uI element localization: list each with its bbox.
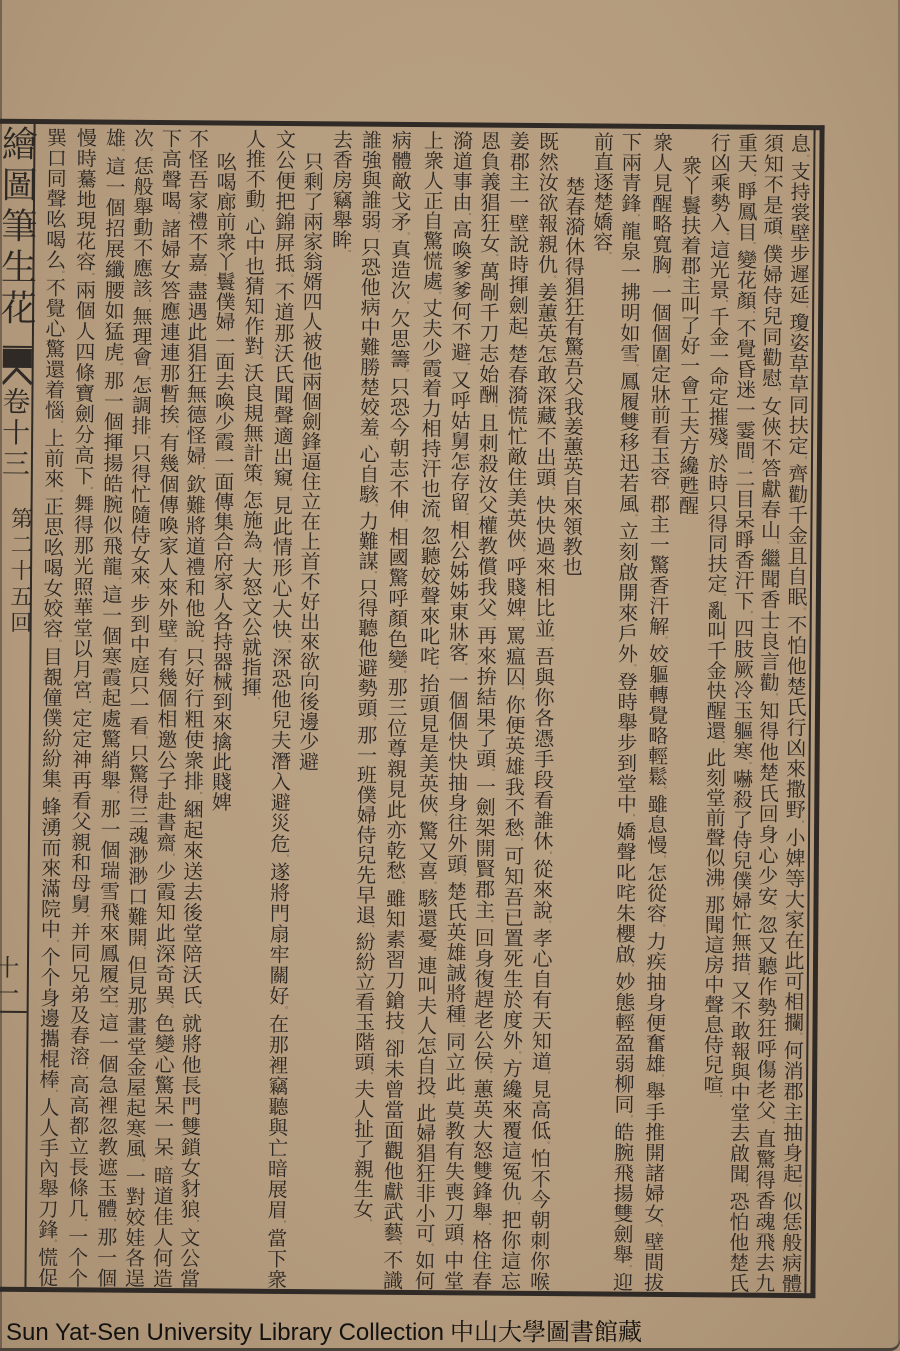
- punctuation-circle: 。: [771, 693, 779, 701]
- punctuation-circle: 。: [516, 838, 524, 846]
- punctuation-circle: 。: [56, 420, 64, 427]
- punctuation-circle: 。: [81, 1066, 89, 1074]
- punctuation-circle: 。: [367, 925, 375, 932]
- punctuation-circle: 。: [490, 405, 498, 413]
- punctuation-circle: 。: [663, 275, 671, 282]
- punctuation-circle: 。: [548, 487, 556, 495]
- punctuation-circle: 。: [626, 1114, 634, 1121]
- punctuation-circle: 。: [402, 300, 410, 307]
- punctuation-circle: 。: [145, 148, 153, 155]
- punctuation-circle: 。: [661, 636, 669, 643]
- punctuation-circle: 。: [114, 577, 122, 585]
- punctuation-circle: 。: [279, 1220, 287, 1228]
- punctuation-circle: 。: [429, 948, 437, 955]
- punctuation-circle: 。: [629, 664, 637, 671]
- punctuation-circle: 。: [365, 1219, 373, 1226]
- punctuation-circle: 。: [487, 769, 495, 777]
- punctuation-circle: 。: [57, 270, 65, 277]
- punctuation-circle: 。: [794, 1184, 802, 1192]
- punctuation-circle: 。: [398, 881, 406, 888]
- punctuation-circle: 。: [633, 213, 641, 220]
- punctuation-circle: 。: [399, 669, 407, 676]
- book-title: 繪圖筆生花: [0, 125, 37, 330]
- punctuation-circle: 。: [169, 639, 177, 647]
- punctuation-circle: 。: [282, 854, 290, 862]
- punctuation-circle: 。: [658, 924, 666, 931]
- punctuation-circle: 。: [139, 947, 147, 954]
- punctuation-circle: 。: [369, 718, 377, 725]
- punctuation-circle: 。: [773, 388, 781, 396]
- punctuation-circle: 。: [659, 855, 667, 862]
- punctuation-circle: 。: [456, 1243, 464, 1250]
- chapter-label: 第二十五回: [7, 507, 32, 637]
- punctuation-circle: 。: [370, 571, 378, 578]
- punctuation-circle: 。: [283, 640, 291, 648]
- punctuation-circle: 。: [53, 789, 61, 796]
- text-column-prose: 吆喝廊前衆丫鬟僕婦一面去喚少霞一面傳集合府家人各持器械到來擒此賤婢: [206, 151, 239, 811]
- punctuation-circle: 。: [137, 1159, 145, 1166]
- punctuation-circle: 。: [459, 874, 467, 881]
- punctuation-circle: 。: [194, 1005, 202, 1013]
- punctuation-circle: 。: [514, 1051, 522, 1059]
- punctuation-circle: 。: [543, 1071, 551, 1079]
- punctuation-circle: 。: [428, 1096, 436, 1103]
- punctuation-circle: 。: [371, 504, 379, 511]
- punctuation-circle: 。: [366, 1072, 374, 1079]
- punctuation-circle: 。: [746, 611, 754, 618]
- punctuation-circle: 。: [371, 437, 379, 444]
- punctuation-circle: 。: [543, 1141, 551, 1149]
- punctuation-circle: 。: [195, 791, 203, 799]
- punctuation-circle: 。: [54, 639, 62, 646]
- punctuation-circle: 。: [256, 356, 264, 363]
- punctuation-circle: 。: [544, 920, 552, 928]
- punctuation-circle: 。: [257, 209, 265, 216]
- punctuation-circle: 。: [513, 1202, 521, 1210]
- punctuation-circle: 。: [82, 914, 90, 922]
- punctuation-circle: 。: [464, 212, 472, 219]
- banxin-title-rule: [3, 346, 32, 348]
- text-column: 衆人見醒略寬胸。一個個圍定牀前看玉容。郡主一驚香汗解。姣軀轉覺略輕鬆。雖息慢。怎…: [638, 132, 675, 1292]
- punctuation-circle: 。: [768, 1121, 776, 1129]
- punctuation-circle: 。: [56, 489, 64, 496]
- punctuation-circle: 。: [402, 369, 410, 376]
- punctuation-circle: 。: [719, 593, 727, 600]
- punctuation-circle: 。: [109, 1219, 117, 1227]
- punctuation-circle: 。: [430, 881, 438, 888]
- punctuation-circle: 。: [625, 1264, 633, 1271]
- punctuation-circle: 。: [715, 1094, 723, 1101]
- punctuation-circle: 。: [741, 1184, 749, 1191]
- punctuation-circle: 。: [743, 972, 751, 979]
- punctuation-circle: 。: [167, 1005, 175, 1013]
- punctuation-circle: 。: [630, 514, 638, 521]
- punctuation-circle: 。: [51, 1089, 59, 1096]
- punctuation-circle: 。: [255, 483, 263, 490]
- woodblock-page-frame: 繪圖筆生花 卷十三 第二十五回 十一 息。支持裳壁步遲延。瓊姿草草同扶定。齊勸千…: [0, 0, 900, 1351]
- punctuation-circle: 。: [657, 1074, 665, 1081]
- fish-tail-chevron-icon: [3, 366, 32, 388]
- punctuation-circle: 。: [254, 550, 262, 557]
- text-column: 去香房竊舉眸。: [327, 129, 356, 256]
- punctuation-circle: 。: [86, 486, 94, 494]
- punctuation-circle: 。: [722, 232, 730, 239]
- text-column-prose: 衆丫鬟扶着郡主叫了好一會工夫方纔甦醒: [674, 155, 705, 515]
- punctuation-circle: 。: [605, 252, 613, 259]
- punctuation-circle: 。: [518, 618, 526, 626]
- caption-chinese: 中山大學圖書館藏: [450, 1318, 642, 1346]
- text-column-prose: 楚春漪休得猖狂有驚吾父我姜蕙英自來領教也: [557, 176, 588, 576]
- punctuation-circle: 。: [373, 230, 381, 237]
- punctuation-circle: 。: [802, 154, 810, 162]
- punctuation-circle: 。: [795, 1032, 803, 1040]
- page-number-rule: [0, 1011, 27, 1013]
- punctuation-circle: 。: [799, 607, 807, 615]
- punctuation-circle: 。: [434, 291, 442, 298]
- punctuation-circle: 。: [628, 814, 636, 821]
- punctuation-circle: 。: [797, 820, 805, 828]
- punctuation-circle: 。: [457, 1093, 465, 1100]
- text-column: 前直逐楚嬌容。: [588, 131, 617, 258]
- volume-label: 卷十三: [0, 387, 31, 480]
- punctuation-circle: 。: [285, 488, 293, 496]
- punctuation-circle: 。: [144, 367, 152, 374]
- punctuation-circle: 。: [632, 363, 640, 370]
- punctuation-circle: 。: [144, 298, 152, 305]
- punctuation-circle: 。: [168, 853, 176, 861]
- punctuation-circle: 。: [800, 456, 808, 464]
- punctuation-circle: 。: [400, 519, 408, 526]
- punctuation-circle: 。: [485, 1071, 493, 1079]
- punctuation-circle: 。: [547, 639, 555, 647]
- punctuation-circle: 。: [549, 275, 557, 283]
- punctuation-circle: 。: [141, 736, 149, 743]
- punctuation-circle: 。: [427, 1243, 435, 1250]
- punctuation-circle: 。: [165, 1157, 173, 1165]
- punctuation-circle: 。: [747, 461, 755, 468]
- text-column-prose: 只剩了兩家翁婿四人被他兩個劍鋒逼住立在上首不好出來欲向後邊少避: [294, 151, 327, 771]
- punctuation-circle: 。: [745, 761, 753, 768]
- punctuation-circle: 。: [492, 254, 500, 262]
- punctuation-circle: 。: [720, 446, 728, 453]
- punctuation-circle: 。: [659, 786, 667, 793]
- punctuation-circle: 。: [484, 1222, 492, 1230]
- punctuation-circle: 。: [517, 687, 525, 695]
- punctuation-circle: 。: [117, 148, 125, 156]
- punctuation-circle: 。: [432, 518, 440, 525]
- punctuation-circle: 。: [662, 486, 670, 493]
- punctuation-circle: 。: [281, 1006, 289, 1014]
- punctuation-circle: 。: [431, 666, 439, 673]
- punctuation-circle: 。: [430, 814, 438, 821]
- punctuation-circle: 。: [403, 232, 411, 239]
- punctuation-circle: 。: [801, 305, 809, 313]
- punctuation-circle: 。: [87, 272, 95, 280]
- punctuation-circle: 。: [80, 1219, 88, 1227]
- punctuation-circle: 。: [518, 549, 526, 557]
- punctuation-circle: 。: [173, 211, 181, 219]
- punctuation-circle: 。: [396, 1031, 404, 1038]
- punctuation-circle: 。: [196, 639, 204, 647]
- caption-english: Sun Yat-Sen University Library Collectio…: [6, 1319, 444, 1346]
- punctuation-circle: 。: [344, 249, 352, 256]
- punctuation-circle: 。: [116, 362, 124, 370]
- punctuation-circle: 。: [749, 173, 757, 180]
- punctuation-circle: 。: [520, 336, 528, 344]
- punctuation-circle: 。: [199, 273, 207, 281]
- punctuation-circle: 。: [717, 887, 725, 894]
- punctuation-circle: 。: [253, 697, 261, 704]
- punctuation-circle: 。: [50, 1240, 58, 1247]
- punctuation-circle: 。: [198, 466, 206, 474]
- punctuation-circle: 。: [112, 791, 120, 799]
- punctuation-circle: 。: [192, 1219, 200, 1227]
- punctuation-circle: 。: [627, 964, 635, 971]
- punctuation-circle: 。: [749, 242, 757, 249]
- punctuation-circle: 。: [775, 236, 783, 244]
- page-number: 十一: [0, 955, 18, 1007]
- punctuation-circle: 。: [721, 299, 729, 306]
- punctuation-circle: 。: [460, 662, 468, 669]
- punctuation-circle: 。: [463, 362, 471, 369]
- punctuation-circle: 。: [545, 851, 553, 859]
- bottom-border-rule: [0, 1287, 815, 1298]
- punctuation-circle: 。: [111, 1005, 119, 1013]
- punctuation-circle: 。: [772, 540, 780, 548]
- punctuation-circle: 。: [52, 939, 60, 946]
- punctuation-circle: 。: [656, 1224, 664, 1231]
- punctuation-circle: 。: [143, 436, 151, 443]
- punctuation-circle: 。: [142, 586, 150, 593]
- punctuation-circle: 。: [718, 740, 726, 747]
- punctuation-circle: 。: [457, 1024, 465, 1031]
- punctuation-circle: 。: [461, 512, 469, 519]
- punctuation-circle: 。: [84, 700, 92, 708]
- punctuation-circle: 。: [395, 1242, 403, 1249]
- text-column: 人推不動。心中也猜知作對。沃良規無計策。怎施為。大怒文公就指揮。: [236, 129, 269, 704]
- punctuation-circle: 。: [486, 920, 494, 928]
- punctuation-circle: 。: [748, 311, 756, 318]
- punctuation-circle: 。: [489, 618, 497, 626]
- punctuation-circle: 。: [286, 274, 294, 282]
- punctuation-circle: 。: [769, 907, 777, 915]
- library-collection-caption: Sun Yat-Sen University Library Collectio…: [6, 1318, 642, 1347]
- punctuation-circle: 。: [171, 425, 179, 433]
